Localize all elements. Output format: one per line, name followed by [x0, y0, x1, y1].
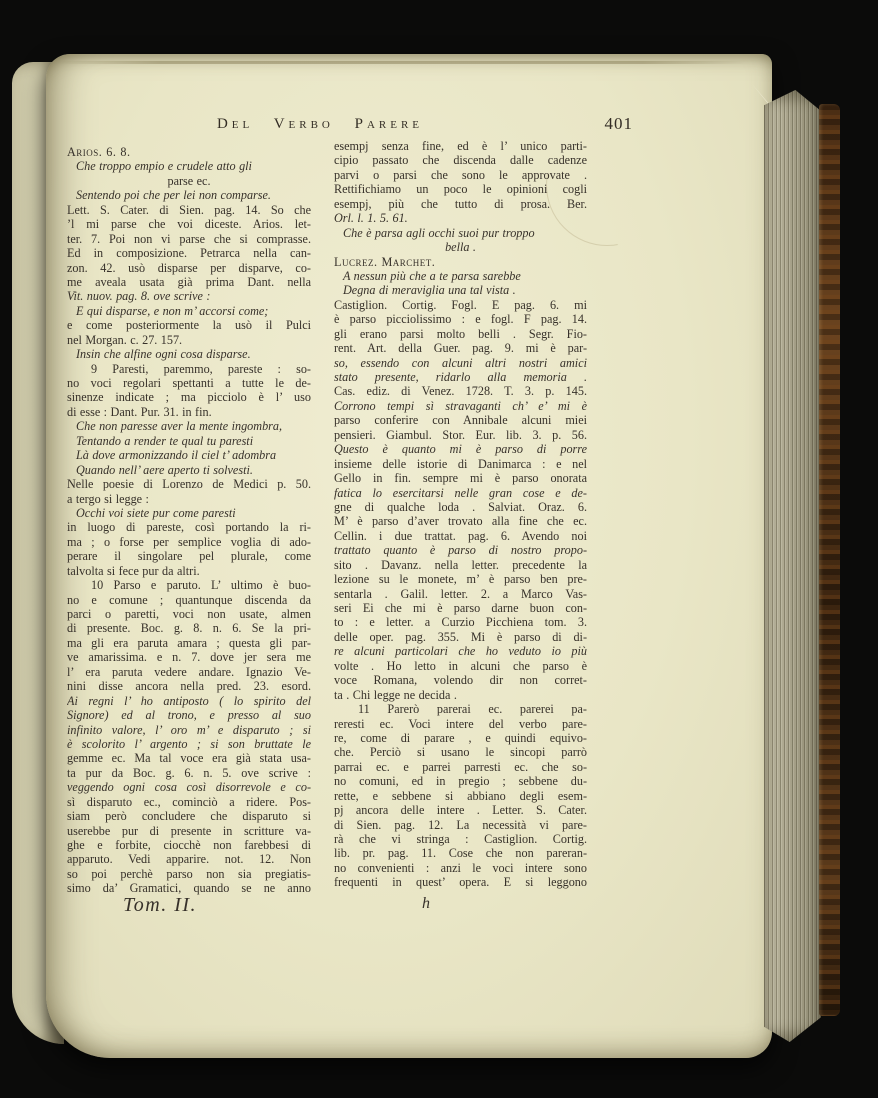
text-line: ta pur da Boc. g. 6. n. 5. ove scrive :	[67, 766, 311, 780]
text-line: stato presente, ridarlo alla memoria .	[334, 370, 587, 384]
text-line: Vit. nuov. pag. 8. ove scrive :	[67, 289, 311, 303]
text-line: infinito valore, l’ oro m’ e disparuto ;…	[67, 723, 311, 737]
text-line: di Sien. pag. 12. La necessità vi pare-	[334, 818, 587, 832]
text-line: rette, e sebbene si abbiano degli esem-	[334, 789, 587, 803]
text-line: l’ era paruta vedere andare. Ignazio Ve-	[67, 665, 311, 679]
text-line: Rettifichiamo un poco le opinioni cogli	[334, 182, 587, 196]
text-line: gne di qualche loda . Salviat. Oraz. 6.	[334, 500, 587, 514]
page-title: Del Verbo Parere	[67, 116, 573, 133]
text-line: to : e letter. a Curzio Picchiena tom. 3…	[334, 615, 587, 629]
text-line: ma ; o forse per semplice voglia di ado-	[67, 535, 311, 549]
text-line: sito . Davanz. nella letter. precedente …	[334, 558, 587, 572]
text-line: in luogo di pareste, così portando la ri…	[67, 520, 311, 534]
text-line: Degna di meraviglia una tal vista .	[334, 283, 587, 297]
text-line: Nelle poesie di Lorenzo de Medici p. 50.	[67, 477, 311, 491]
text-line: ma gli era paruta amara ; questa gli par…	[67, 636, 311, 650]
signature-mark: h	[422, 895, 430, 913]
page-number: 401	[605, 114, 634, 134]
text-line: esempj senza fine, ed è l’ unico parti-	[334, 139, 587, 153]
text-line: no comuni, ed in pregio ; sebbene du-	[334, 774, 587, 788]
text-line: pj ancora delle intere . Letter. S. Cate…	[334, 803, 587, 817]
text-line: so poi perchè parso non sia pregiatis-	[67, 867, 311, 881]
text-line: Ed in composizione. Petrarca nella can-	[67, 246, 311, 260]
text-line: bella .	[334, 240, 587, 254]
text-line: Arios. 6. 8.	[67, 145, 311, 159]
text-line: insieme delle istorie di Danimarca : e n…	[334, 457, 587, 471]
text-line: parci o paretti, voci non usate, almen	[67, 607, 311, 621]
text-line: parrai ec. e parrei parresti ec. che so-	[334, 760, 587, 774]
text-line: ter. 7. Poi non vi parse che si comprass…	[67, 232, 311, 246]
text-line: Che non paresse aver la mente ingombra,	[67, 419, 311, 433]
text-line: talvolta si fece pur da altri.	[67, 564, 311, 578]
text-line: Questo è quanto mi è parso di porre	[334, 442, 587, 456]
text-line: sinenze indicate ; ma picciolo è l’ uso	[67, 390, 311, 404]
text-line: Lucrez. Marchet.	[334, 255, 587, 269]
text-line: ghe e forbite, ciocchè non farebbesi di	[67, 838, 311, 852]
text-line: 11 Parerò parerai ec. parerei pa-	[334, 702, 587, 716]
text-line: Quando nell’ aere aperto ti solvesti.	[67, 463, 311, 477]
text-line: Lett. S. Cater. di Sien. pag. 14. So che	[67, 203, 311, 217]
text-line: Cas. ediz. di Venez. 1728. T. 3. p. 145.	[334, 384, 587, 398]
text-line: re, come di parare , e quindi equivo-	[334, 731, 587, 745]
text-line: me aveala usata già prima Dant. nella	[67, 275, 311, 289]
text-line: parvi o parsi che sono le approvate .	[334, 168, 587, 182]
text-line: che. Perciò si usano le sincopi parrò	[334, 745, 587, 759]
text-line: a tergo si legge :	[67, 492, 311, 506]
text-line: rent. Art. della Guer. pag. 9. mi è par-	[334, 341, 587, 355]
text-line: no voci regolari spettanti a tutte le de…	[67, 376, 311, 390]
text-line: so, essendo con alcuni altri nostri amic…	[334, 356, 587, 370]
book-page: Del Verbo Parere 401 Arios. 6. 8.Che tro…	[46, 54, 772, 1058]
text-line: apparuto. Vedi apparire. not. 12. Non	[67, 852, 311, 866]
text-line: E qui disparse, e non m’ accorsi come;	[67, 304, 311, 318]
text-line: Orl. l. 1. 5. 61.	[334, 211, 587, 225]
text-line: gemme ec. Ma tal voce era già stata usa-	[67, 751, 311, 765]
text-line: Ai regni l’ ho antiposto ( lo spirito de…	[67, 694, 311, 708]
text-line: Signore) ed al trono, e presso al suo	[67, 708, 311, 722]
text-line: lezione su le monete, m’ è parso ben pre…	[334, 572, 587, 586]
text-line: seri Ei che mi è parso darne buon con-	[334, 601, 587, 615]
text-line: di esse : Dant. Pur. 31. in fin.	[67, 405, 311, 419]
text-line: cipio passato che discenda dalle cadenze	[334, 153, 587, 167]
text-line: Sentendo poi che per lei non comparse.	[67, 188, 311, 202]
text-line: trattato quanto è parso di nostro propo-	[334, 543, 587, 557]
text-line: rà che vi stringa : Castiglion. Cortig.	[334, 832, 587, 846]
text-line: 10 Parso e paruto. L’ ultimo è buo-	[67, 578, 311, 592]
book-cover-edge	[819, 104, 840, 1016]
book-fore-edge	[764, 90, 821, 1042]
text-line: fatica lo esercitarsi nelle gran cose e …	[334, 486, 587, 500]
text-line: A nessun più che a te parsa sarebbe	[334, 269, 587, 283]
text-line: è scolorito l’ argento ; si son bruttate…	[67, 737, 311, 751]
text-line: Gello in fin. sempre mi è parso onorata	[334, 471, 587, 485]
right-column: esempj senza fine, ed è l’ unico parti-c…	[334, 139, 587, 890]
text-line: Occhi voi siete pur come paresti	[67, 506, 311, 520]
text-line: M’ è parso d’aver trovato alla fine che …	[334, 514, 587, 528]
text-line: e come posteriormente la usò il Pulci	[67, 318, 311, 332]
text-line: veggendo ogni cosa così disorrevole e co…	[67, 780, 311, 794]
text-line: reresti ec. Voci intere del verbo pare-	[334, 717, 587, 731]
text-line: Castiglion. Cortig. Fogl. E pag. 6. mi	[334, 298, 587, 312]
text-line: di presente. Boc. g. 8. n. 6. Se la pri-	[67, 621, 311, 635]
text-line: siam però concludere che disparuto si	[67, 809, 311, 823]
text-line: Cellin. i due trattat. pag. 6. Avendo no…	[334, 529, 587, 543]
text-line: ta . Chi legge ne decida .	[334, 688, 587, 702]
running-head: Del Verbo Parere 401	[67, 116, 633, 136]
volume-footer: Tom. II.	[123, 894, 197, 917]
text-line: ’l mi parse che voi diceste. Arios. let-	[67, 217, 311, 231]
scanned-book-photo: Del Verbo Parere 401 Arios. 6. 8.Che tro…	[0, 0, 878, 1098]
text-line: sentarla . Galil. letter. 2. a Marco Vas…	[334, 587, 587, 601]
text-line: nini disse ancora nella pred. 23. esord.	[67, 679, 311, 693]
text-line: zon. 42. usò disparse per disparve, co-	[67, 261, 311, 275]
left-column: Arios. 6. 8.Che troppo empio e crudele a…	[67, 145, 311, 896]
text-line: ve amarissima. e n. 7. dove jer sera me	[67, 650, 311, 664]
text-line: userebbe pur di presente in scritture va…	[67, 824, 311, 838]
text-line: parso conferire con Annibale alcuni miei	[334, 413, 587, 427]
text-line: nel Morgan. c. 27. 157.	[67, 333, 311, 347]
text-line: voce Romana, volendo dir non corret-	[334, 673, 587, 687]
text-line: Che troppo empio e crudele atto gli	[67, 159, 311, 173]
printed-area: Del Verbo Parere 401 Arios. 6. 8.Che tro…	[46, 54, 772, 1058]
text-line: Insin che alfine ogni cosa disparse.	[67, 347, 311, 361]
text-line: delle oper. pag. 355. Mi è parso di di-	[334, 630, 587, 644]
text-line: Che è parsa agli occhi suoi pur troppo	[334, 226, 587, 240]
text-line: perare il singolare pel plurale, come	[67, 549, 311, 563]
text-line: sì disparuto ec., cominciò a ridere. Pos…	[67, 795, 311, 809]
text-line: Corrono tempi sì stravaganti ch’ e’ mi è	[334, 399, 587, 413]
text-line: lib. pr. pag. 11. Cose che non pareran-	[334, 846, 587, 860]
text-line: parse ec.	[67, 174, 311, 188]
text-line: Là dove armonizzando il ciel t’ adombra	[67, 448, 311, 462]
text-line: frequenti in quest’ opera. E si leggono	[334, 875, 587, 889]
text-line: volte . Ho letto in alcuni che parso è	[334, 659, 587, 673]
text-line: esempj, più che tutto di prosa. Ber.	[334, 197, 587, 211]
text-line: 9 Paresti, paremmo, pareste : so-	[67, 362, 311, 376]
text-line: pensieri. Giambul. Stor. Eur. lib. 3. p.…	[334, 428, 587, 442]
text-line: è parso picciolissimo : e fogl. F pag. 1…	[334, 312, 587, 326]
text-line: Tentando a render te qual tu paresti	[67, 434, 311, 448]
text-line: no convenienti : anzi le voci intere son…	[334, 861, 587, 875]
text-line: re alcuni particolari che ho veduto io p…	[334, 644, 587, 658]
text-line: gli erano parsi molto belli . Segr. Fio-	[334, 327, 587, 341]
text-line: no e comune ; quantunque discenda da	[67, 593, 311, 607]
